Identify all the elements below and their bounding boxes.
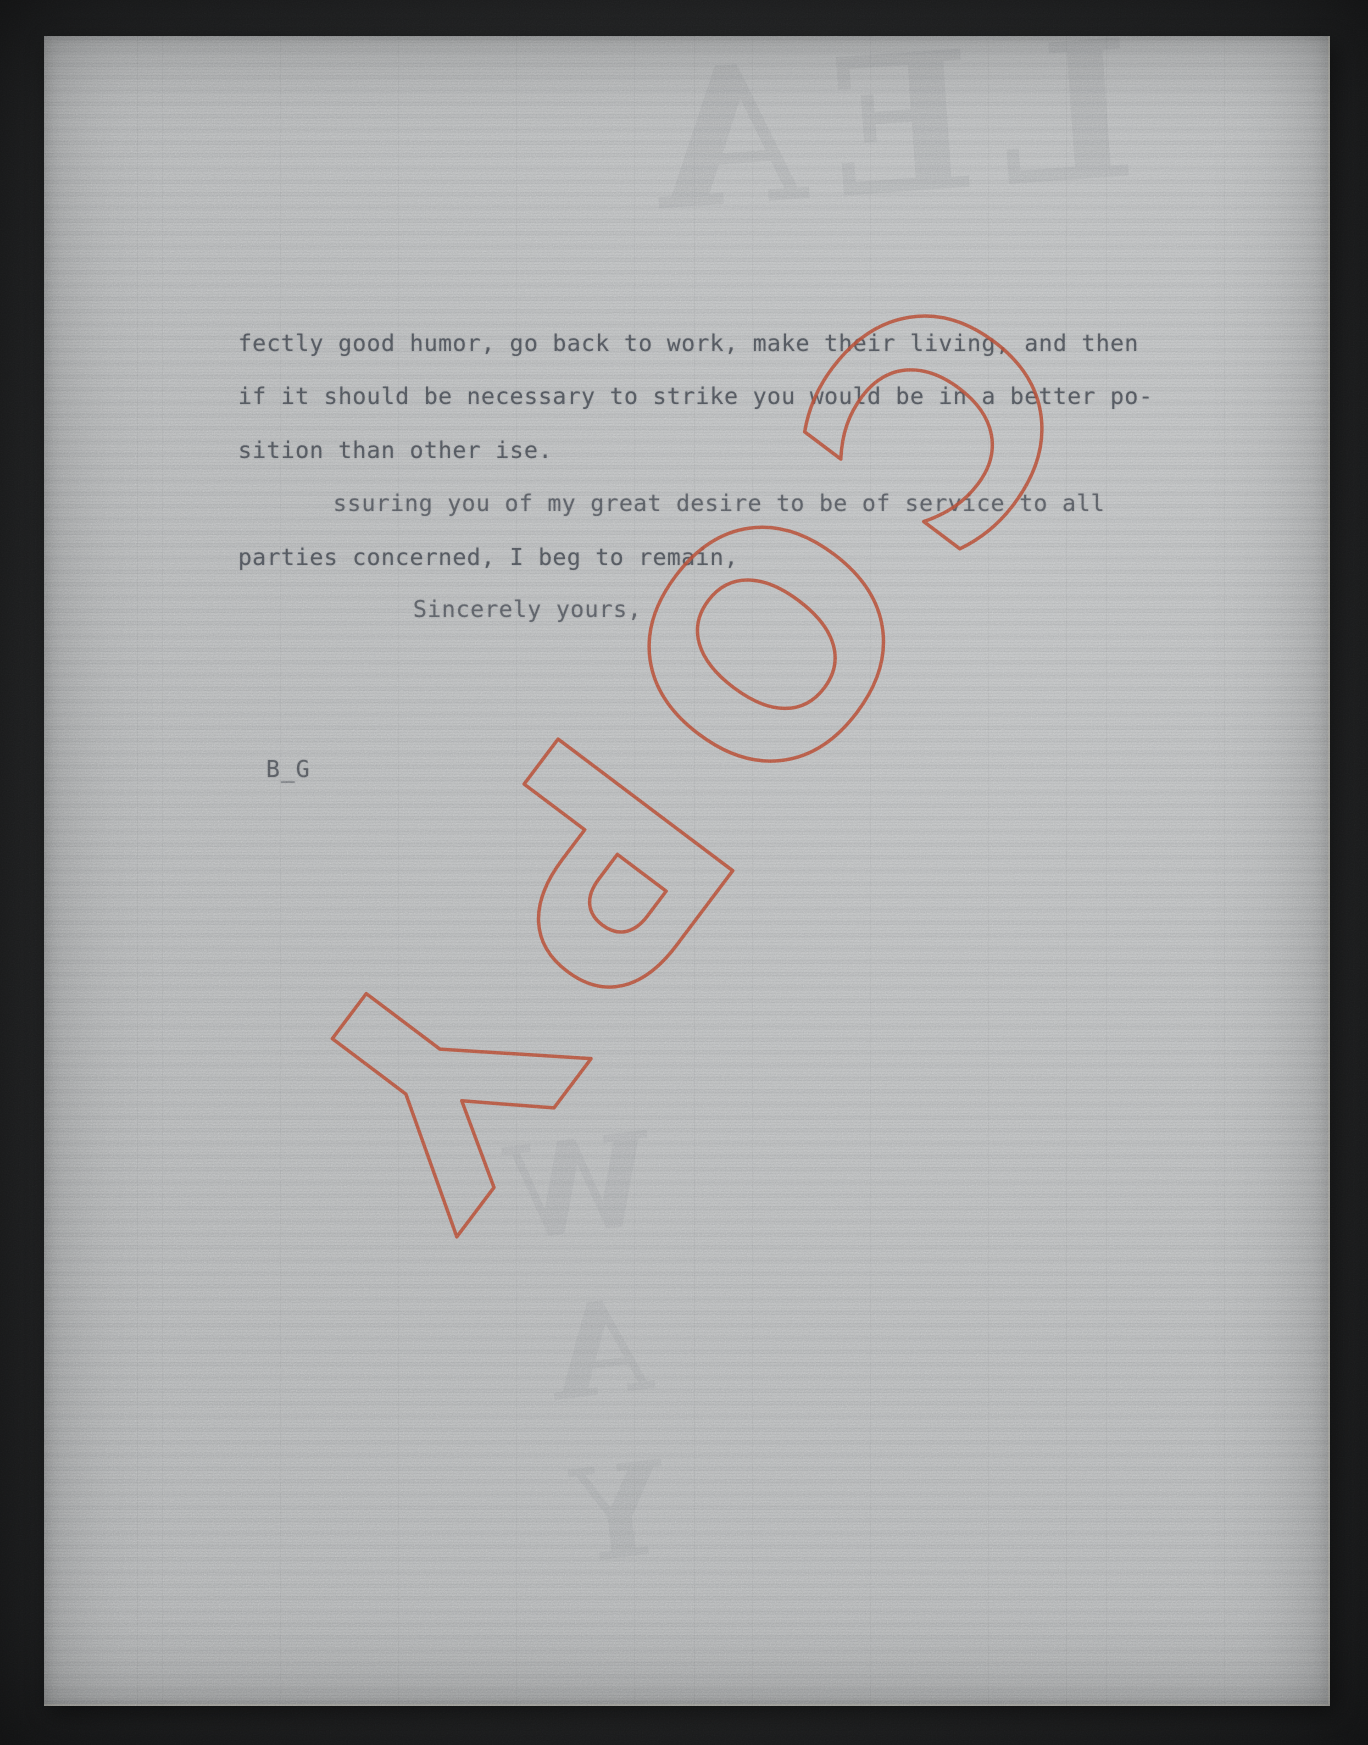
typist-initials: B_G — [266, 757, 311, 783]
bleedthrough-ghost-bottom: WAY — [496, 1104, 713, 1678]
letter-line: if it should be necessary to strike you … — [238, 386, 1153, 409]
letter-paper: LEA WAY fectly good humor, go back to wo… — [44, 36, 1330, 1706]
copy-stamp-graphic: COPY — [44, 36, 1301, 1499]
paper-crease — [137, 36, 139, 1706]
paper-crease — [694, 36, 696, 1706]
letter-line: ssuring you of my great desire to be of … — [333, 493, 1105, 516]
scanned-document-background: LEA WAY fectly good humor, go back to wo… — [0, 0, 1368, 1745]
letter-line: parties concerned, I beg to remain, — [238, 547, 738, 570]
paper-crease — [1066, 36, 1068, 1706]
letter-line: Sincerely yours, — [413, 599, 642, 622]
letter-line: fectly good humor, go back to work, make… — [238, 333, 1139, 356]
bleedthrough-ghost-top: LEA — [527, 36, 1141, 262]
copy-stamp: COPY — [44, 36, 1301, 1499]
letter-line: sition than other ise. — [238, 440, 553, 463]
